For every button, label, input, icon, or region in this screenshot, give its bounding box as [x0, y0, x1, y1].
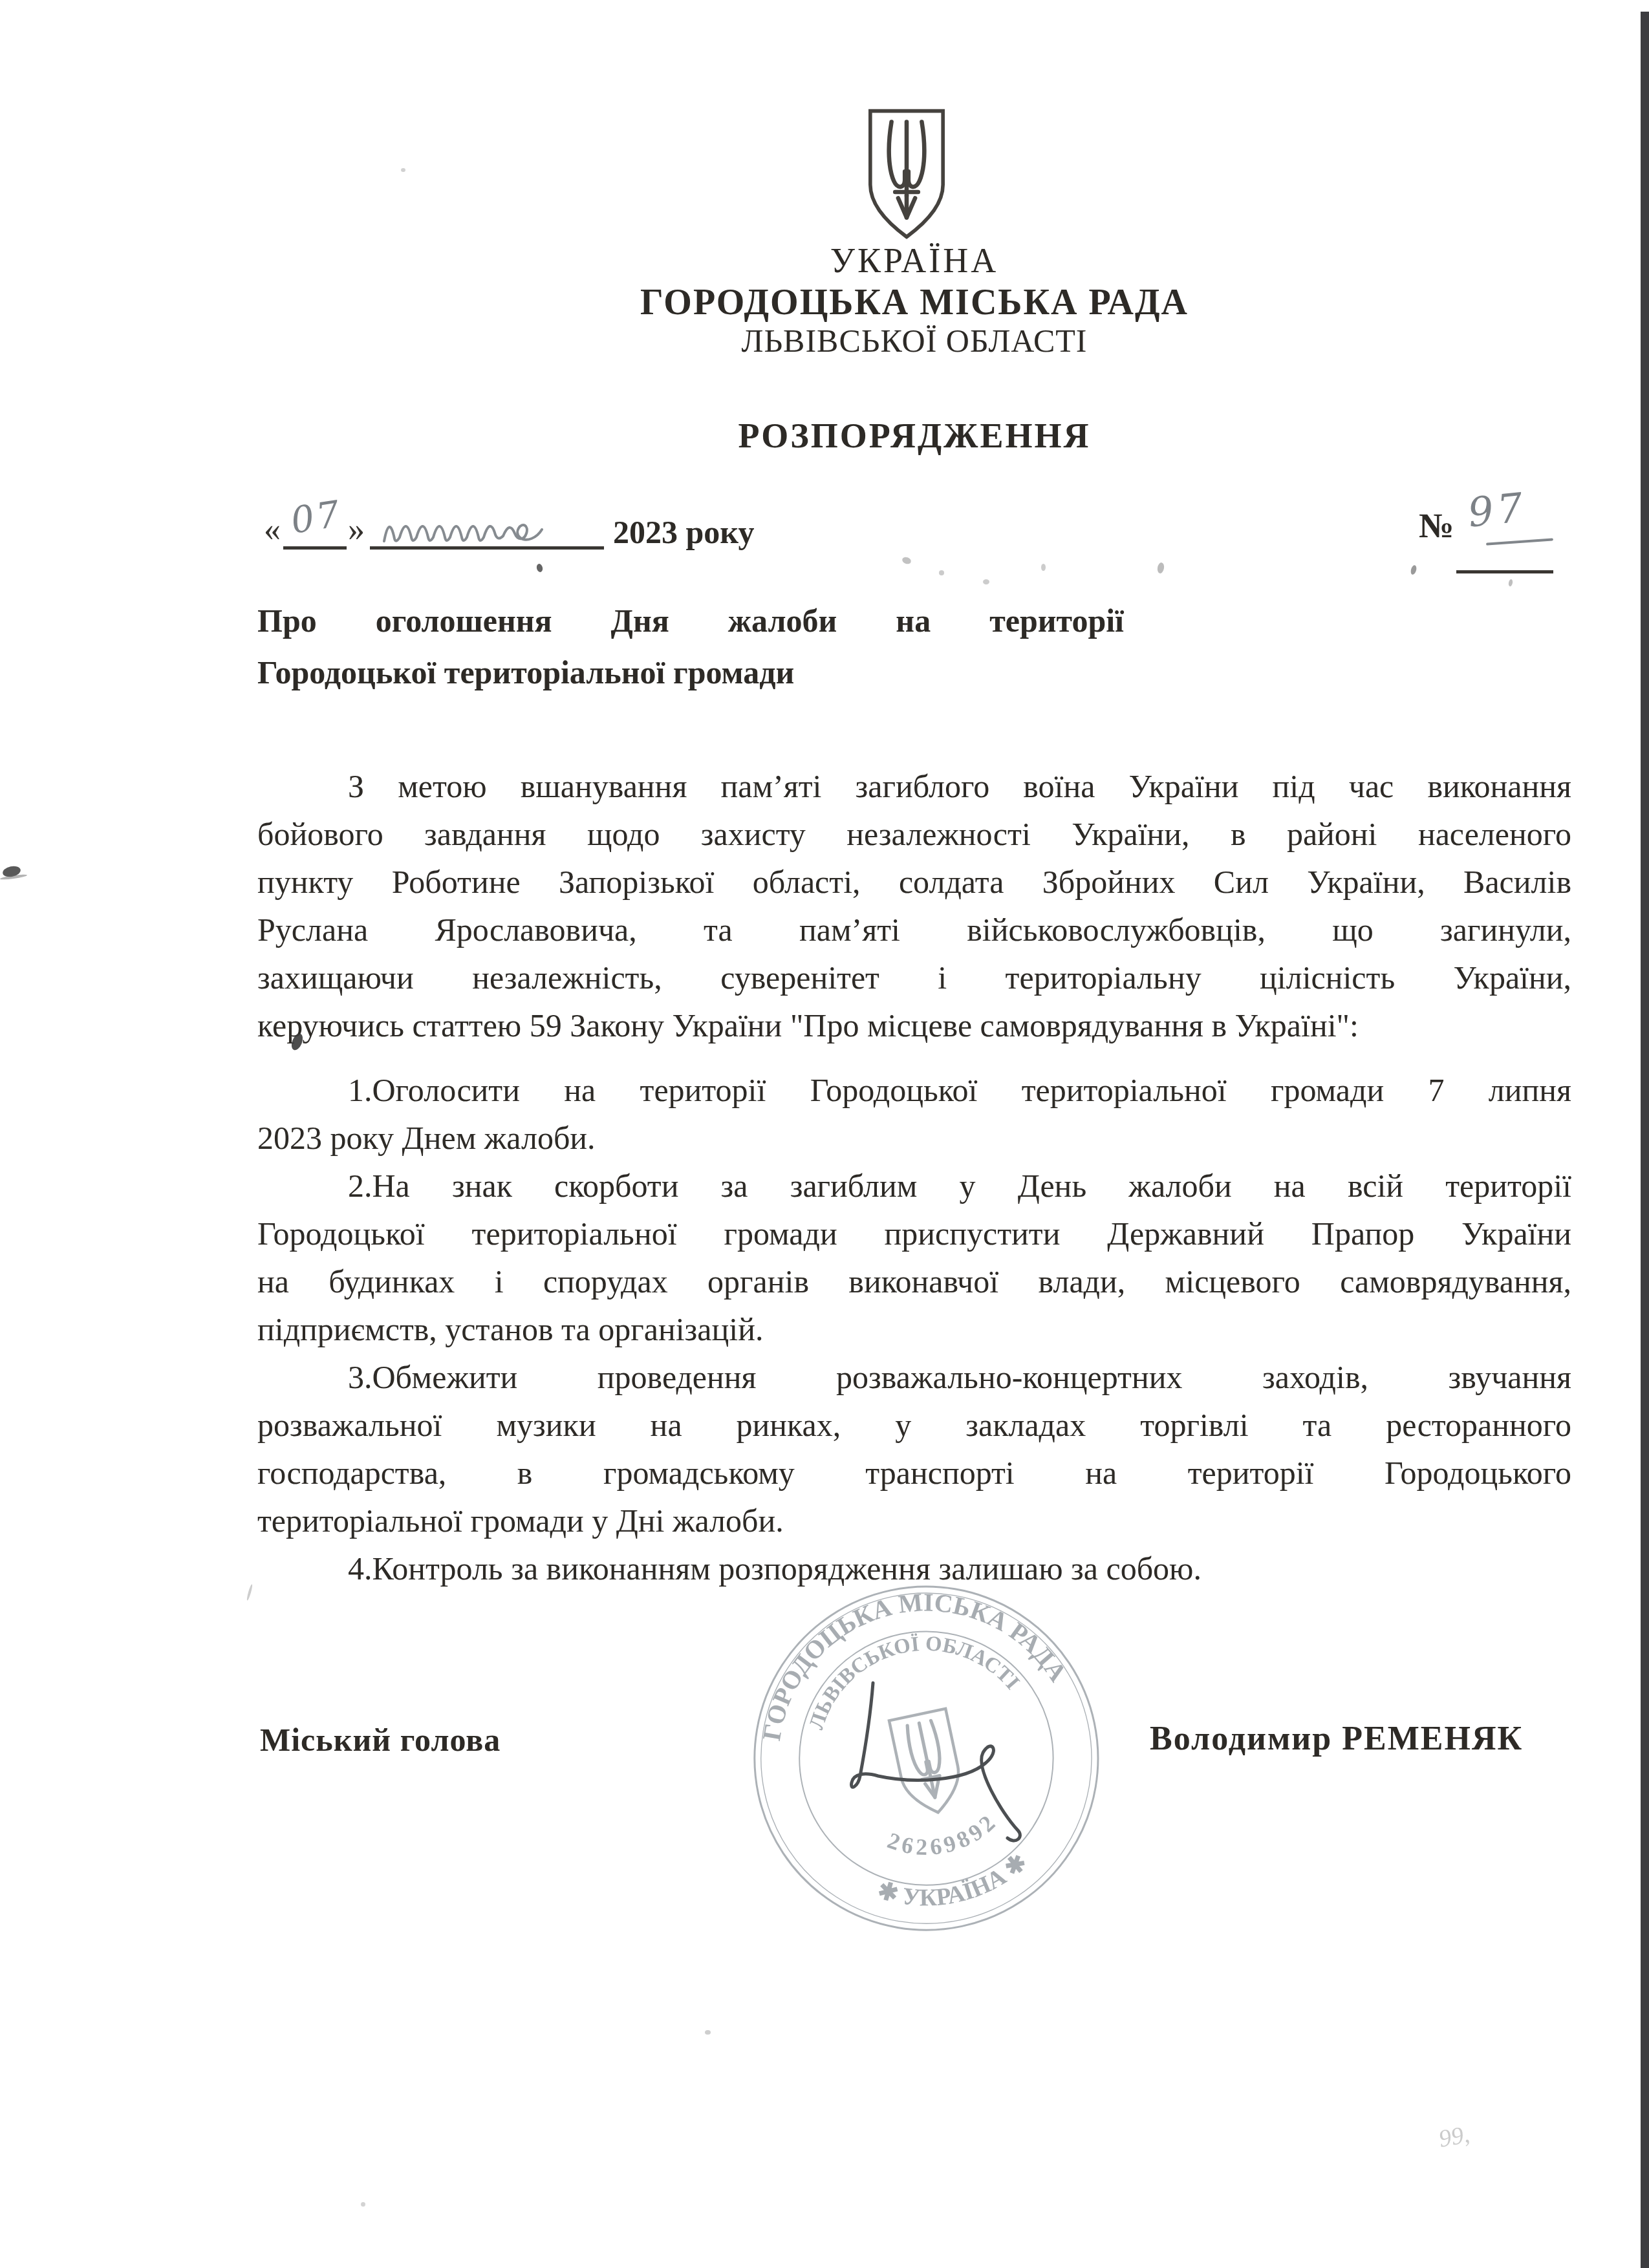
text-line: підприємств, установ та організацій.: [257, 1305, 1571, 1353]
official-position: Міський голова: [260, 1721, 501, 1759]
text-line: пункту Роботине Запорізької області, сол…: [257, 858, 1571, 906]
subject-heading: Про оголошення Дня жалоби на територіїГо…: [257, 595, 1124, 698]
text-line: Городоцької територіальної громади: [257, 647, 1124, 698]
ukraine-trident-shield-icon: [864, 107, 949, 241]
handwritten-stroke: [1486, 538, 1553, 545]
scan-speck: [983, 579, 989, 584]
scan-speck: [1041, 564, 1046, 571]
text-line: на будинках і спорудах органів виконавчо…: [257, 1257, 1571, 1305]
day-underline: [283, 546, 347, 550]
country-title: УКРАЇНА: [257, 241, 1571, 281]
year-label: 2023 року: [613, 513, 754, 551]
text-line: бойового завдання щодо захисту незалежно…: [257, 810, 1571, 858]
handwritten-day: 07: [288, 493, 345, 542]
document-type-title: РОЗПОРЯДЖЕННЯ: [257, 416, 1571, 456]
official-name: Володимир РЕМЕНЯК: [1150, 1720, 1523, 1758]
number-sign: №: [1419, 506, 1454, 546]
handwritten-month-scribble: [380, 501, 574, 557]
scan-speck: [705, 2030, 711, 2035]
text-line: Городоцької територіальної громади присп…: [257, 1210, 1571, 1257]
text-line: господарства, в громадському транспорті …: [257, 1449, 1571, 1497]
handwritten-number: 97: [1465, 483, 1529, 536]
scan-speck: [401, 168, 405, 172]
text-line: захищаючи незалежність, суверенітет і те…: [257, 954, 1571, 1001]
text-line: З метою вшанування пам’яті загиблого вої…: [257, 762, 1571, 810]
text-line: Руслана Ярославовича, та пам’яті військо…: [257, 906, 1571, 954]
number-underline: [1456, 570, 1553, 573]
region-title: ЛЬВІВСЬКОЇ ОБЛАСТІ: [257, 322, 1571, 359]
text-line: 1.Оголосити на території Городоцької тер…: [257, 1066, 1571, 1114]
item-3: 3.Обмежити проведення розважально-концер…: [257, 1353, 1571, 1545]
scan-speck: [939, 570, 944, 575]
text-line: 3.Обмежити проведення розважально-концер…: [257, 1353, 1571, 1401]
open-quote: «: [264, 511, 281, 549]
text-line: 2023 року Днем жалоби.: [257, 1114, 1571, 1162]
scan-edge-strip: [1641, 12, 1649, 2268]
body-text: З метою вшанування пам’яті загиблого вої…: [257, 762, 1571, 1592]
handwritten-month-value: липня: [257, 0, 258, 1]
text-line: територіальної громади у Дні жалоби.: [257, 1497, 1571, 1545]
ink-speck: [535, 563, 543, 573]
item-1: 1.Оголосити на території Городоцької тер…: [257, 1066, 1571, 1162]
text-line: Про оголошення Дня жалоби на території: [257, 595, 1124, 647]
close-quote: »: [348, 511, 365, 549]
text-line: 2.На знак скорботи за загиблим у День жа…: [257, 1162, 1571, 1210]
pencil-tick: [246, 1584, 253, 1601]
text-line: керуючись статтею 59 Закону України "Про…: [257, 1001, 1571, 1049]
text-line: розважальної музики на ринках, у заклада…: [257, 1401, 1571, 1449]
intro-paragraph: З метою вшанування пам’яті загиблого вої…: [257, 762, 1571, 1049]
item-2: 2.На знак скорботи за загиблим у День жа…: [257, 1162, 1571, 1353]
document-content: УКРАЇНА ГОРОДОЦЬКА МІСЬКА РАДА ЛЬВІВСЬКО…: [257, 0, 1571, 2268]
scanned-document-page: УКРАЇНА ГОРОДОЦЬКА МІСЬКА РАДА ЛЬВІВСЬКО…: [0, 0, 1649, 2268]
scan-speck: [361, 2202, 365, 2207]
handwritten-signature: [816, 1678, 1062, 1859]
faint-pencil-note: 99,: [1437, 2120, 1472, 2154]
council-title: ГОРОДОЦЬКА МІСЬКА РАДА: [257, 282, 1571, 323]
